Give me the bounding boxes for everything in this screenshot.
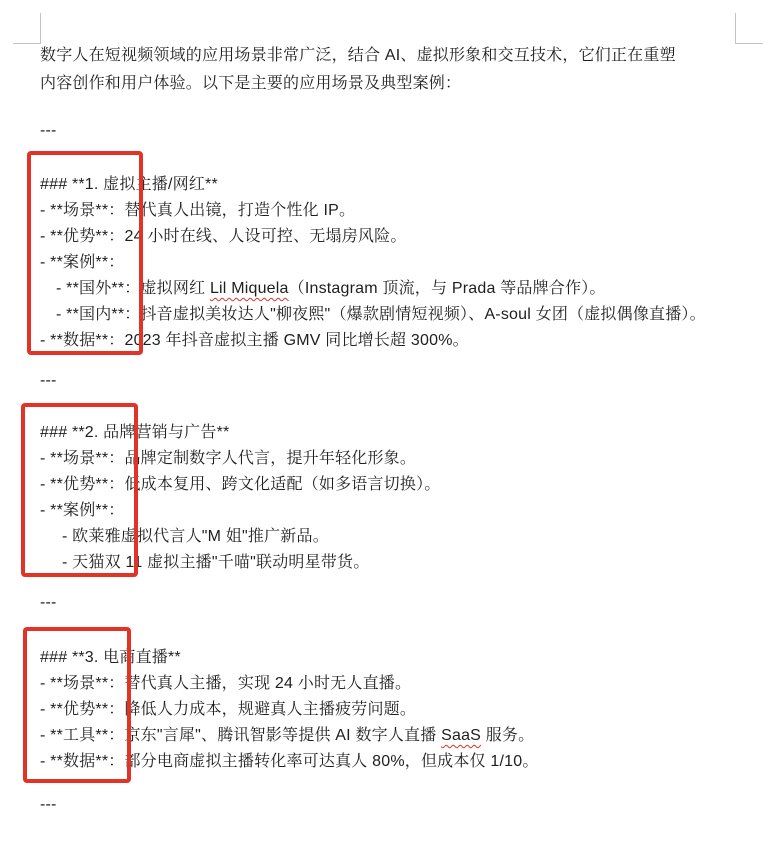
intro-line-2: 内容创作和用户体验。以下是主要的应用场景及典型案例： [40, 70, 676, 98]
section-2-scene: - **场景**：品牌定制数字人代言，提升年轻化形象。 [40, 446, 440, 472]
section-1-heading: ### **1. 虚拟主播/网红** [40, 172, 706, 198]
section-2-heading: ### **2. 品牌营销与广告** [40, 420, 440, 446]
intro-line-1: 数字人在短视频领域的应用场景非常广泛，结合 AI、虚拟形象和交互技术，它们正在重… [40, 42, 676, 70]
section-3-heading: ### **3. 电商直播** [40, 645, 539, 671]
separator-4: --- [40, 792, 57, 818]
margin-cropmark-top-right [735, 13, 763, 44]
misspelled-word: SaaS [441, 727, 481, 744]
section-2: ### **2. 品牌营销与广告** - **场景**：品牌定制数字人代言，提升… [40, 420, 440, 576]
tools-text-post: 服务。 [481, 727, 534, 744]
section-3-scene: - **场景**：替代真人主播，实现 24 小时无人直播。 [40, 671, 539, 697]
misspelled-word: Lil Miquela [210, 280, 289, 297]
case-text-post: （Instagram 顶流，与 Prada 等品牌合作）。 [289, 280, 606, 297]
separator-text: --- [40, 590, 57, 616]
section-2-case-2: - 天猫双 11 虚拟主播"千喵"联动明星带货。 [40, 550, 440, 576]
section-1-case-international: - **国外**：虚拟网红 Lil Miquela（Instagram 顶流，与… [40, 276, 706, 302]
section-1-scene: - **场景**：替代真人出镜，打造个性化 IP。 [40, 198, 706, 224]
separator-3: --- [40, 590, 57, 616]
section-3-advantage: - **优势**：降低人力成本，规避真人主播疲劳问题。 [40, 697, 539, 723]
separator-2: --- [40, 368, 57, 394]
section-3-data: - **数据**：部分电商虚拟主播转化率可达真人 80%，但成本仅 1/10。 [40, 749, 539, 775]
document-page[interactable]: 数字人在短视频领域的应用场景非常广泛，结合 AI、虚拟形象和交互技术，它们正在重… [0, 0, 772, 843]
tools-text-pre: - **工具**：京东"言犀"、腾讯智影等提供 AI 数字人直播 [40, 727, 441, 744]
section-1-cases-label: - **案例**： [40, 250, 706, 276]
margin-cropmark-top-left [13, 13, 41, 44]
section-1-advantage: - **优势**：24 小时在线、人设可控、无塌房风险。 [40, 224, 706, 250]
separator-1: --- [40, 118, 57, 144]
section-2-cases-label: - **案例**： [40, 498, 440, 524]
separator-text: --- [40, 118, 57, 144]
section-1-case-domestic: - **国内**：抖音虚拟美妆达人"柳夜熙"（爆款剧情短视频）、A-soul 女… [40, 302, 706, 328]
section-3-tools: - **工具**：京东"言犀"、腾讯智影等提供 AI 数字人直播 SaaS 服务… [40, 723, 539, 749]
separator-text: --- [40, 368, 57, 394]
section-1-data: - **数据**：2023 年抖音虚拟主播 GMV 同比增长超 300%。 [40, 328, 706, 354]
case-text-pre: - **国外**：虚拟网红 [56, 280, 210, 297]
section-2-case-1: - 欧莱雅虚拟代言人"M 姐"推广新品。 [40, 524, 440, 550]
separator-text: --- [40, 792, 57, 818]
section-2-advantage: - **优势**：低成本复用、跨文化适配（如多语言切换）。 [40, 472, 440, 498]
intro-paragraph: 数字人在短视频领域的应用场景非常广泛，结合 AI、虚拟形象和交互技术，它们正在重… [40, 42, 676, 98]
section-1: ### **1. 虚拟主播/网红** - **场景**：替代真人出镜，打造个性化… [40, 172, 706, 354]
section-3: ### **3. 电商直播** - **场景**：替代真人主播，实现 24 小时… [40, 645, 539, 775]
